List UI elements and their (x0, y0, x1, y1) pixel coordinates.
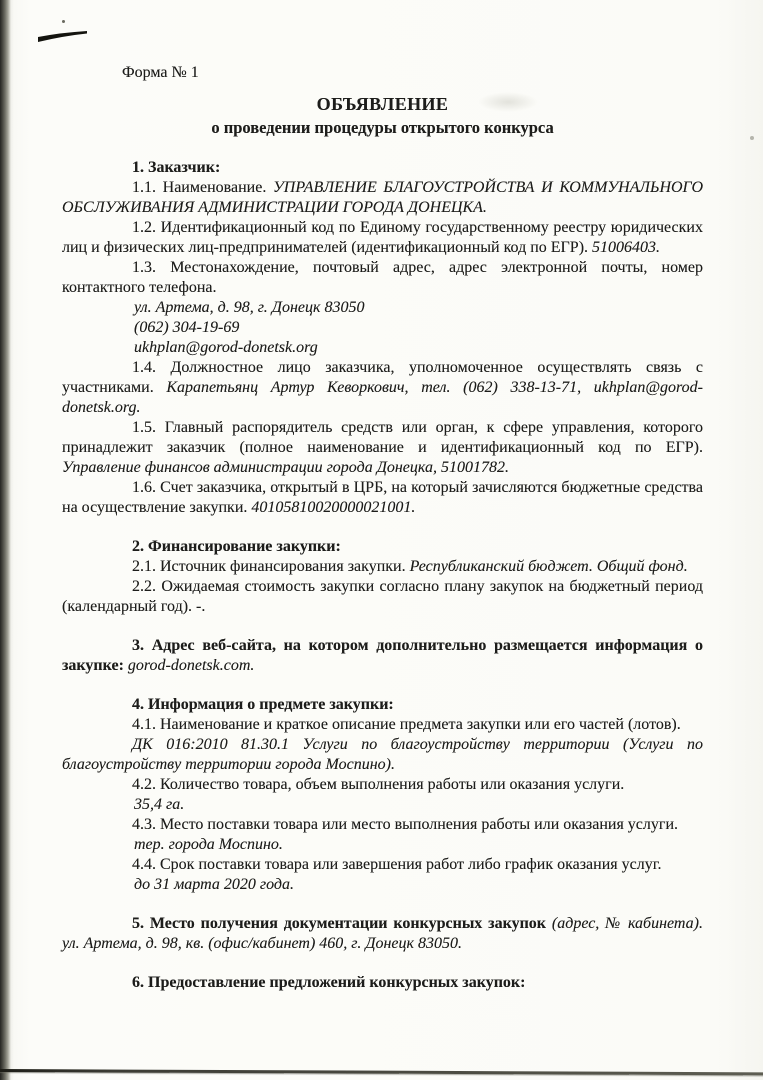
clause-4-2-label: 4.2. Количество товара, объем выполнения… (132, 776, 624, 793)
clause-4-3: 4.3. Место поставки товара или место вып… (62, 815, 703, 835)
clause-1-1-label: 1.1. Наименование. (132, 179, 273, 196)
clause-4-3-value: тер. города Моспино. (134, 835, 703, 855)
scan-left-edge-shadow (0, 0, 14, 1080)
ink-dot (62, 20, 65, 23)
clause-1-2: 1.2. Идентификационный код по Единому го… (62, 218, 703, 258)
clause-1-3-label: 1.3. Местонахождение, почтовый адрес, ад… (62, 259, 703, 296)
section-2-heading: 2. Финансирование закупки: (62, 537, 703, 557)
clause-1-4: 1.4. Должностное лицо заказчика, уполном… (62, 358, 703, 418)
document-subtitle: о проведении процедуры открытого конкурс… (62, 117, 703, 138)
clause-4-4-label: 4.4. Срок поставки товара или завершения… (132, 856, 661, 873)
clause-4-3-label: 4.3. Место поставки товара или место вып… (132, 816, 678, 833)
speck-dot (750, 136, 754, 140)
clause-2-2: 2.2. Ожидаемая стоимость закупки согласн… (62, 577, 703, 617)
clause-4-2: 4.2. Количество товара, объем выполнения… (62, 775, 703, 795)
clause-1-6: 1.6. Счет заказчика, открытый в ЦРБ, на … (62, 478, 703, 518)
clause-4-4: 4.4. Срок поставки товара или завершения… (62, 855, 703, 875)
document-content: Форма № 1 ОБЪЯВЛЕНИЕ о проведении процед… (62, 63, 703, 993)
customer-email-line: ukhplan@gorod-donetsk.org (134, 338, 703, 358)
section-4-heading: 4. Информация о предмете закупки: (62, 695, 703, 715)
clause-4-2-value: 35,4 га. (134, 795, 703, 815)
clause-1-3: 1.3. Местонахождение, почтовый адрес, ад… (62, 258, 703, 298)
clause-4-4-value: до 31 марта 2020 года. (134, 875, 703, 895)
customer-phone-line: (062) 304-19-69 (134, 318, 703, 338)
clause-2-1-value: Республиканский бюджет. Общий фонд. (410, 558, 688, 575)
clause-1-5: 1.5. Главный распорядитель средств или о… (62, 418, 703, 478)
clause-4-1-value: ДК 016:2010 81.30.1 Услуги по благоустро… (62, 735, 703, 775)
section-5-paragraph: 5. Место получения документации конкурсн… (62, 914, 703, 954)
section-3-paragraph: 3. Адрес веб-сайта, на котором дополните… (62, 636, 703, 676)
website-value: gorod-donetsk.com. (128, 657, 255, 674)
scanned-document-page: Форма № 1 ОБЪЯВЛЕНИЕ о проведении процед… (0, 0, 763, 1080)
clause-2-2-label: 2.2. Ожидаемая стоимость закупки согласн… (62, 578, 703, 615)
clause-1-5-label: 1.5. Главный распорядитель средств или о… (62, 419, 703, 456)
section-5-value: ул. Артема, д. 98, кв. (офис/кабинет) 46… (62, 935, 462, 952)
document-title: ОБЪЯВЛЕНИЕ (62, 93, 703, 115)
section-5-label: 5. Место получения документации конкурсн… (132, 915, 552, 932)
clause-2-1-label: 2.1. Источник финансирования закупки. (132, 558, 410, 575)
clause-2-1: 2.1. Источник финансирования закупки. Ре… (62, 557, 703, 577)
clause-4-1: 4.1. Наименование и краткое описание пре… (62, 715, 703, 735)
section-1-heading: 1. Заказчик: (62, 158, 703, 178)
clause-1-6-value: 40105810020000021001. (251, 499, 415, 516)
pen-mark-icon (36, 27, 90, 45)
scan-bottom-edge-line (0, 1069, 763, 1075)
section-6-heading: 6. Предоставление предложений конкурсных… (62, 973, 703, 993)
form-number-label: Форма № 1 (62, 63, 703, 83)
customer-address-line: ул. Артема, д. 98, г. Донецк 83050 (134, 298, 703, 318)
clause-1-5-value: Управление финансов администрации города… (62, 459, 509, 476)
clause-1-2-value: 51006403. (592, 239, 660, 256)
clause-4-1-label: 4.1. Наименование и краткое описание пре… (132, 716, 681, 733)
clause-1-1: 1.1. Наименование. УПРАВЛЕНИЕ БЛАГОУСТРО… (62, 178, 703, 218)
section-5-note: (адрес, № кабинета). (552, 915, 703, 932)
